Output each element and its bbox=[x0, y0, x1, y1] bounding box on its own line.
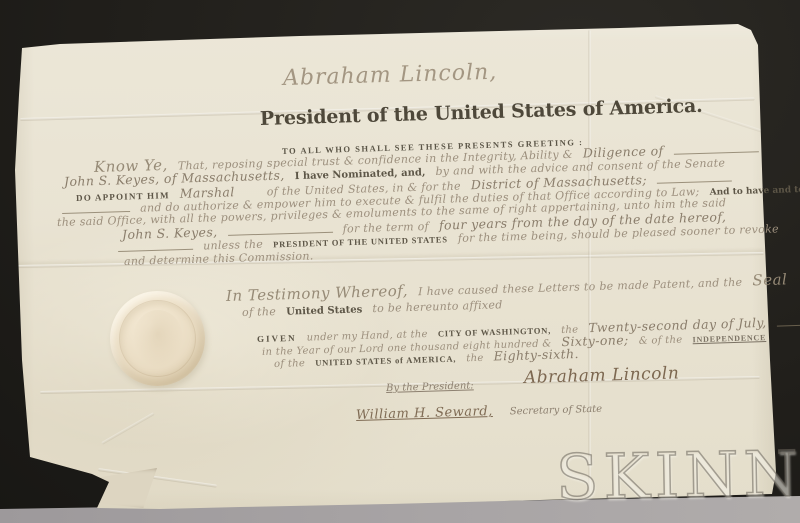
folded-corner bbox=[95, 468, 157, 508]
text-g2d: INDEPENDENCE bbox=[692, 333, 766, 344]
by-the-president: By the President: bbox=[386, 373, 474, 395]
text-secretary-title: Secretary of State bbox=[510, 404, 603, 418]
text-by-president: By the President: bbox=[386, 380, 474, 394]
photo-stage: Abraham Lincoln, President of the United… bbox=[0, 0, 800, 523]
text-g3b: UNITED STATES of AMERICA, bbox=[315, 354, 456, 368]
text-g2c: & of the bbox=[639, 335, 683, 347]
embossed-seal bbox=[110, 291, 205, 386]
text-t2a: of the bbox=[242, 305, 276, 319]
text-g3a: of the bbox=[274, 358, 305, 370]
skinner-watermark: SKINNER bbox=[555, 435, 800, 514]
text-g3c: the bbox=[466, 353, 484, 365]
text-g3d: Eighty-sixth. bbox=[493, 346, 579, 364]
text-t1c: Seal bbox=[752, 270, 787, 289]
blank-rule bbox=[776, 315, 800, 327]
text-t2b: United States bbox=[286, 304, 362, 317]
paper-crease bbox=[101, 412, 154, 445]
text-t2c: to be hereunto affixed bbox=[372, 298, 503, 315]
